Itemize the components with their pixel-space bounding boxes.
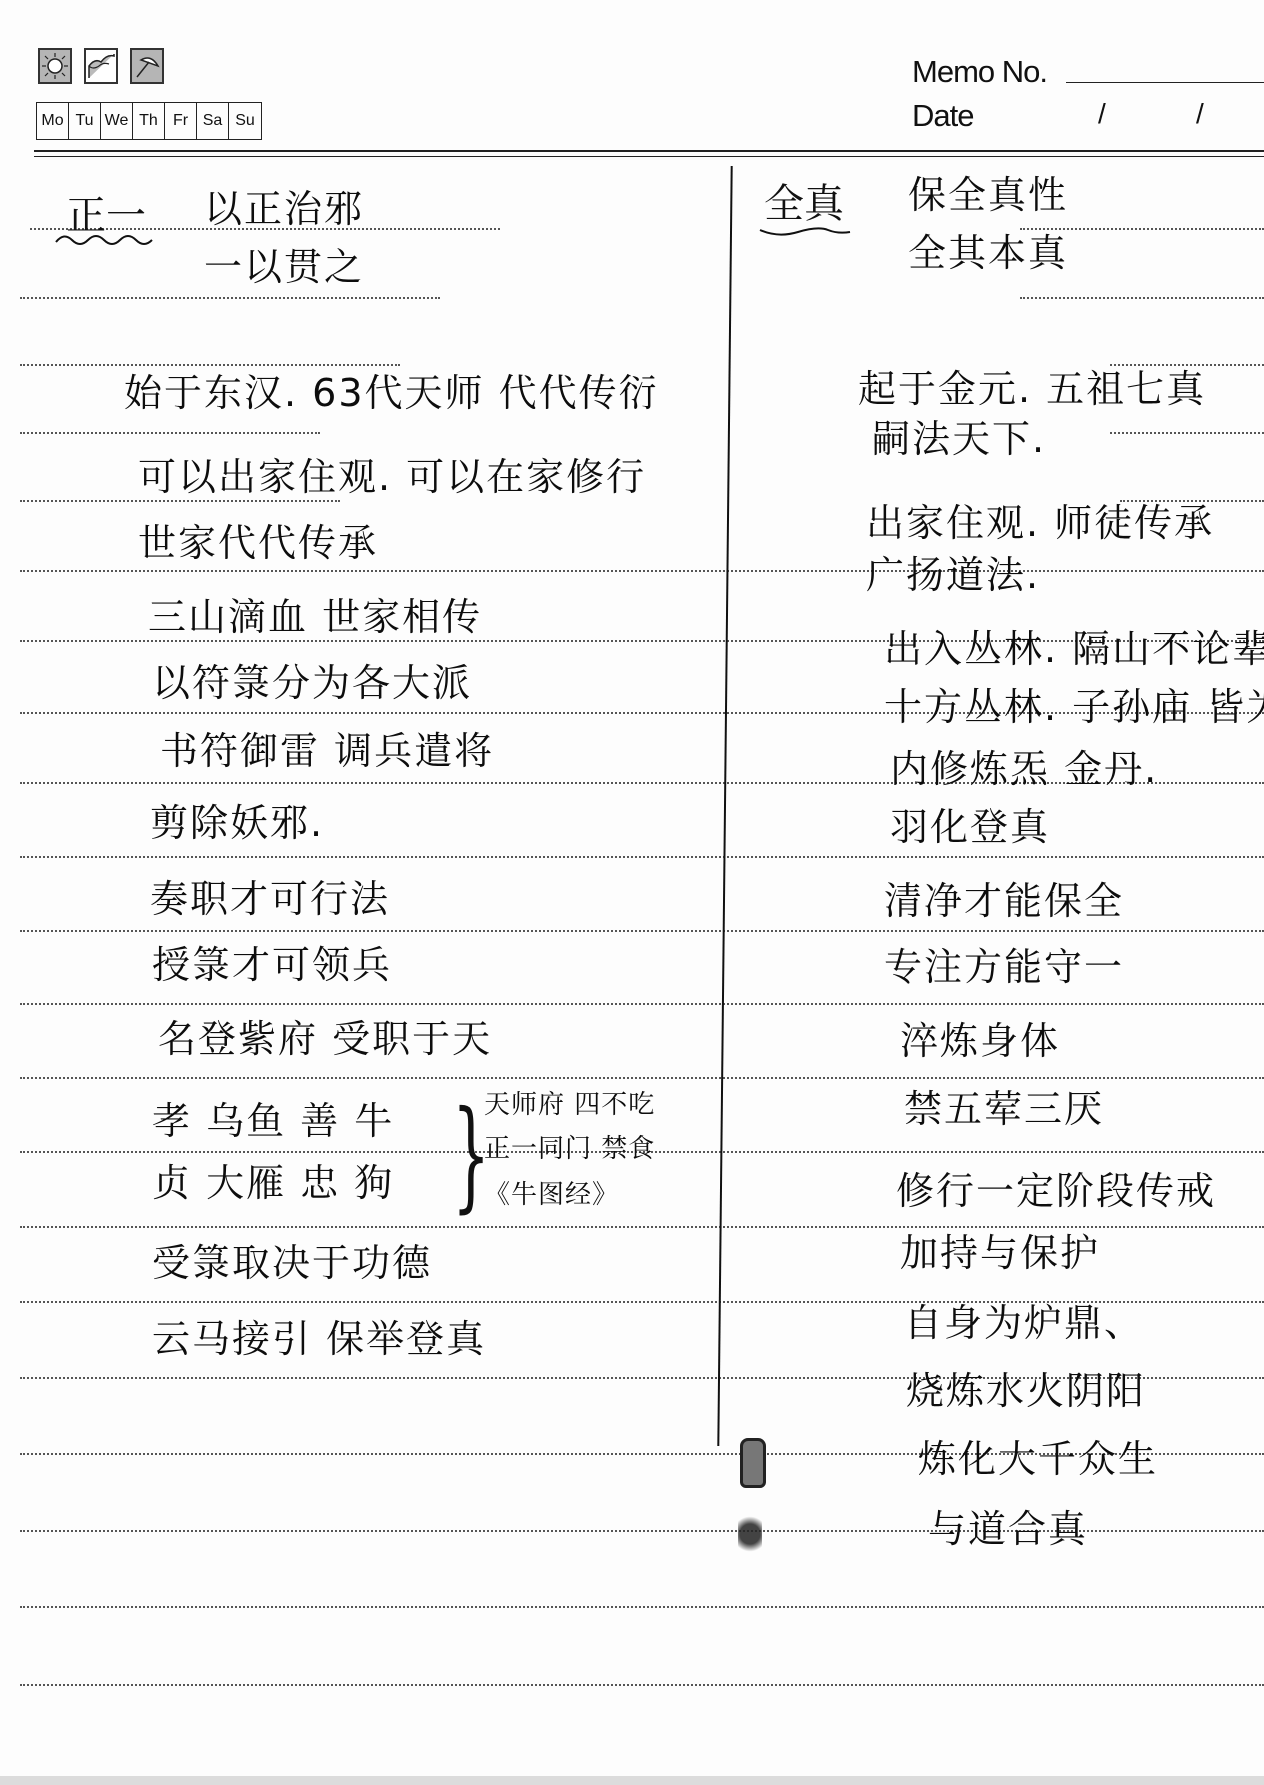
right-line: 嗣法天下. [872, 420, 1046, 458]
day-th[interactable]: Th [133, 103, 165, 139]
annotation-line: 天师府 四不吃 [484, 1092, 655, 1118]
sunny-icon [38, 48, 72, 84]
ruled-line [20, 432, 320, 434]
right-line: 淬炼身体 [900, 1022, 1060, 1060]
right-line: 自身为炉鼎、 [904, 1304, 1144, 1342]
left-line: 贞 大雁 忠 狗 [152, 1164, 394, 1202]
ruled-line [20, 570, 1264, 572]
weekday-selector: Mo Tu We Th Fr Sa Su [36, 102, 262, 140]
header-rule [34, 150, 1264, 157]
ruled-line [20, 1606, 1264, 1608]
right-line: 炼化大千众生 [918, 1440, 1158, 1478]
day-sa[interactable]: Sa [197, 103, 229, 139]
left-line: 云马接引 保举登真 [152, 1320, 486, 1358]
day-we[interactable]: We [101, 103, 133, 139]
left-line: 世家代代传承 [138, 524, 378, 562]
right-line: 烧炼水火阴阳 [906, 1372, 1146, 1410]
left-subtitle-2: 一以贯之 [204, 248, 364, 286]
left-line: 奏职才可行法 [150, 880, 390, 918]
ruled-line [20, 500, 340, 502]
partly-cloudy-icon [84, 48, 118, 84]
right-line: 禁五荤三厌 [904, 1090, 1104, 1128]
right-line: 修行一定阶段传戒 [896, 1172, 1216, 1210]
day-tu[interactable]: Tu [69, 103, 101, 139]
date-separator: / [1098, 98, 1106, 130]
right-line: 起于金元. 五祖七真 [858, 370, 1206, 408]
left-line: 受箓取决于功德 [152, 1244, 432, 1282]
left-line: 剪除妖邪. [150, 804, 324, 842]
ruled-line [1110, 364, 1264, 366]
right-line: 清净才能保全 [884, 882, 1124, 920]
right-line: 内修炼炁 金丹. [890, 750, 1158, 788]
right-line: 加持与保护 [900, 1234, 1100, 1272]
pen-tip-icon [738, 1512, 762, 1556]
annotation-line: 《牛图经》 [484, 1182, 619, 1208]
right-line: 出家住观. 师徒传承 [866, 504, 1214, 542]
left-subtitle-1: 以正治邪 [204, 190, 364, 228]
ruled-line [20, 297, 440, 299]
memo-number-field[interactable] [1066, 82, 1264, 83]
left-line: 以符箓分为各大派 [152, 664, 472, 702]
right-line: 广扬道法. [866, 556, 1040, 594]
wavy-underline-icon [54, 232, 154, 246]
left-line: 始于东汉. 63代天师 代代传衍 [124, 374, 659, 412]
ruled-line [20, 1684, 1264, 1686]
page-edge [0, 1776, 1264, 1785]
right-line: 十方丛林. 子孙庙 皆为道友 [884, 688, 1264, 726]
right-title: 全真 [764, 172, 844, 229]
ruled-line [1020, 297, 1264, 299]
left-line: 可以出家住观. 可以在家修行 [138, 458, 646, 496]
ruled-line [20, 1003, 1264, 1005]
umbrella-icon [130, 48, 164, 84]
day-fr[interactable]: Fr [165, 103, 197, 139]
annotation-line: 正一同门 禁食 [484, 1136, 655, 1162]
right-subtitle-1: 保全真性 [908, 176, 1068, 214]
right-line: 羽化登真 [890, 808, 1050, 846]
right-line: 与道合真 [928, 1510, 1088, 1548]
ruled-line [1110, 432, 1264, 434]
pen-clip-icon [740, 1438, 766, 1488]
date-separator: / [1196, 98, 1204, 130]
left-line: 书符御雷 调兵遣将 [160, 732, 494, 770]
memo-number-label: Memo No. [912, 54, 1047, 90]
ruled-line [20, 930, 1264, 932]
left-line: 孝 乌鱼 善 牛 [152, 1102, 394, 1140]
left-line: 名登紫府 受职于天 [158, 1020, 492, 1058]
ruled-line [20, 364, 400, 366]
day-su[interactable]: Su [229, 103, 261, 139]
left-line: 三山滴血 世家相传 [148, 598, 482, 636]
right-line: 专注方能守一 [884, 948, 1124, 986]
right-subtitle-2: 全其本真 [908, 234, 1068, 272]
right-line: 出入丛林. 隔山不论辈 [884, 630, 1264, 668]
column-divider [717, 166, 732, 1446]
left-line: 授箓才可领兵 [152, 946, 392, 984]
ruled-line [20, 1077, 1264, 1079]
date-label: Date [912, 98, 973, 134]
ruled-line [20, 856, 1264, 858]
weather-icons [38, 48, 164, 84]
ruled-line [1020, 228, 1264, 230]
notebook-page: Mo Tu We Th Fr Sa Su Memo No. Date / / 正… [0, 0, 1264, 1785]
day-mo[interactable]: Mo [37, 103, 69, 139]
wavy-underline-icon [758, 224, 852, 238]
ruled-line [20, 1226, 1264, 1228]
